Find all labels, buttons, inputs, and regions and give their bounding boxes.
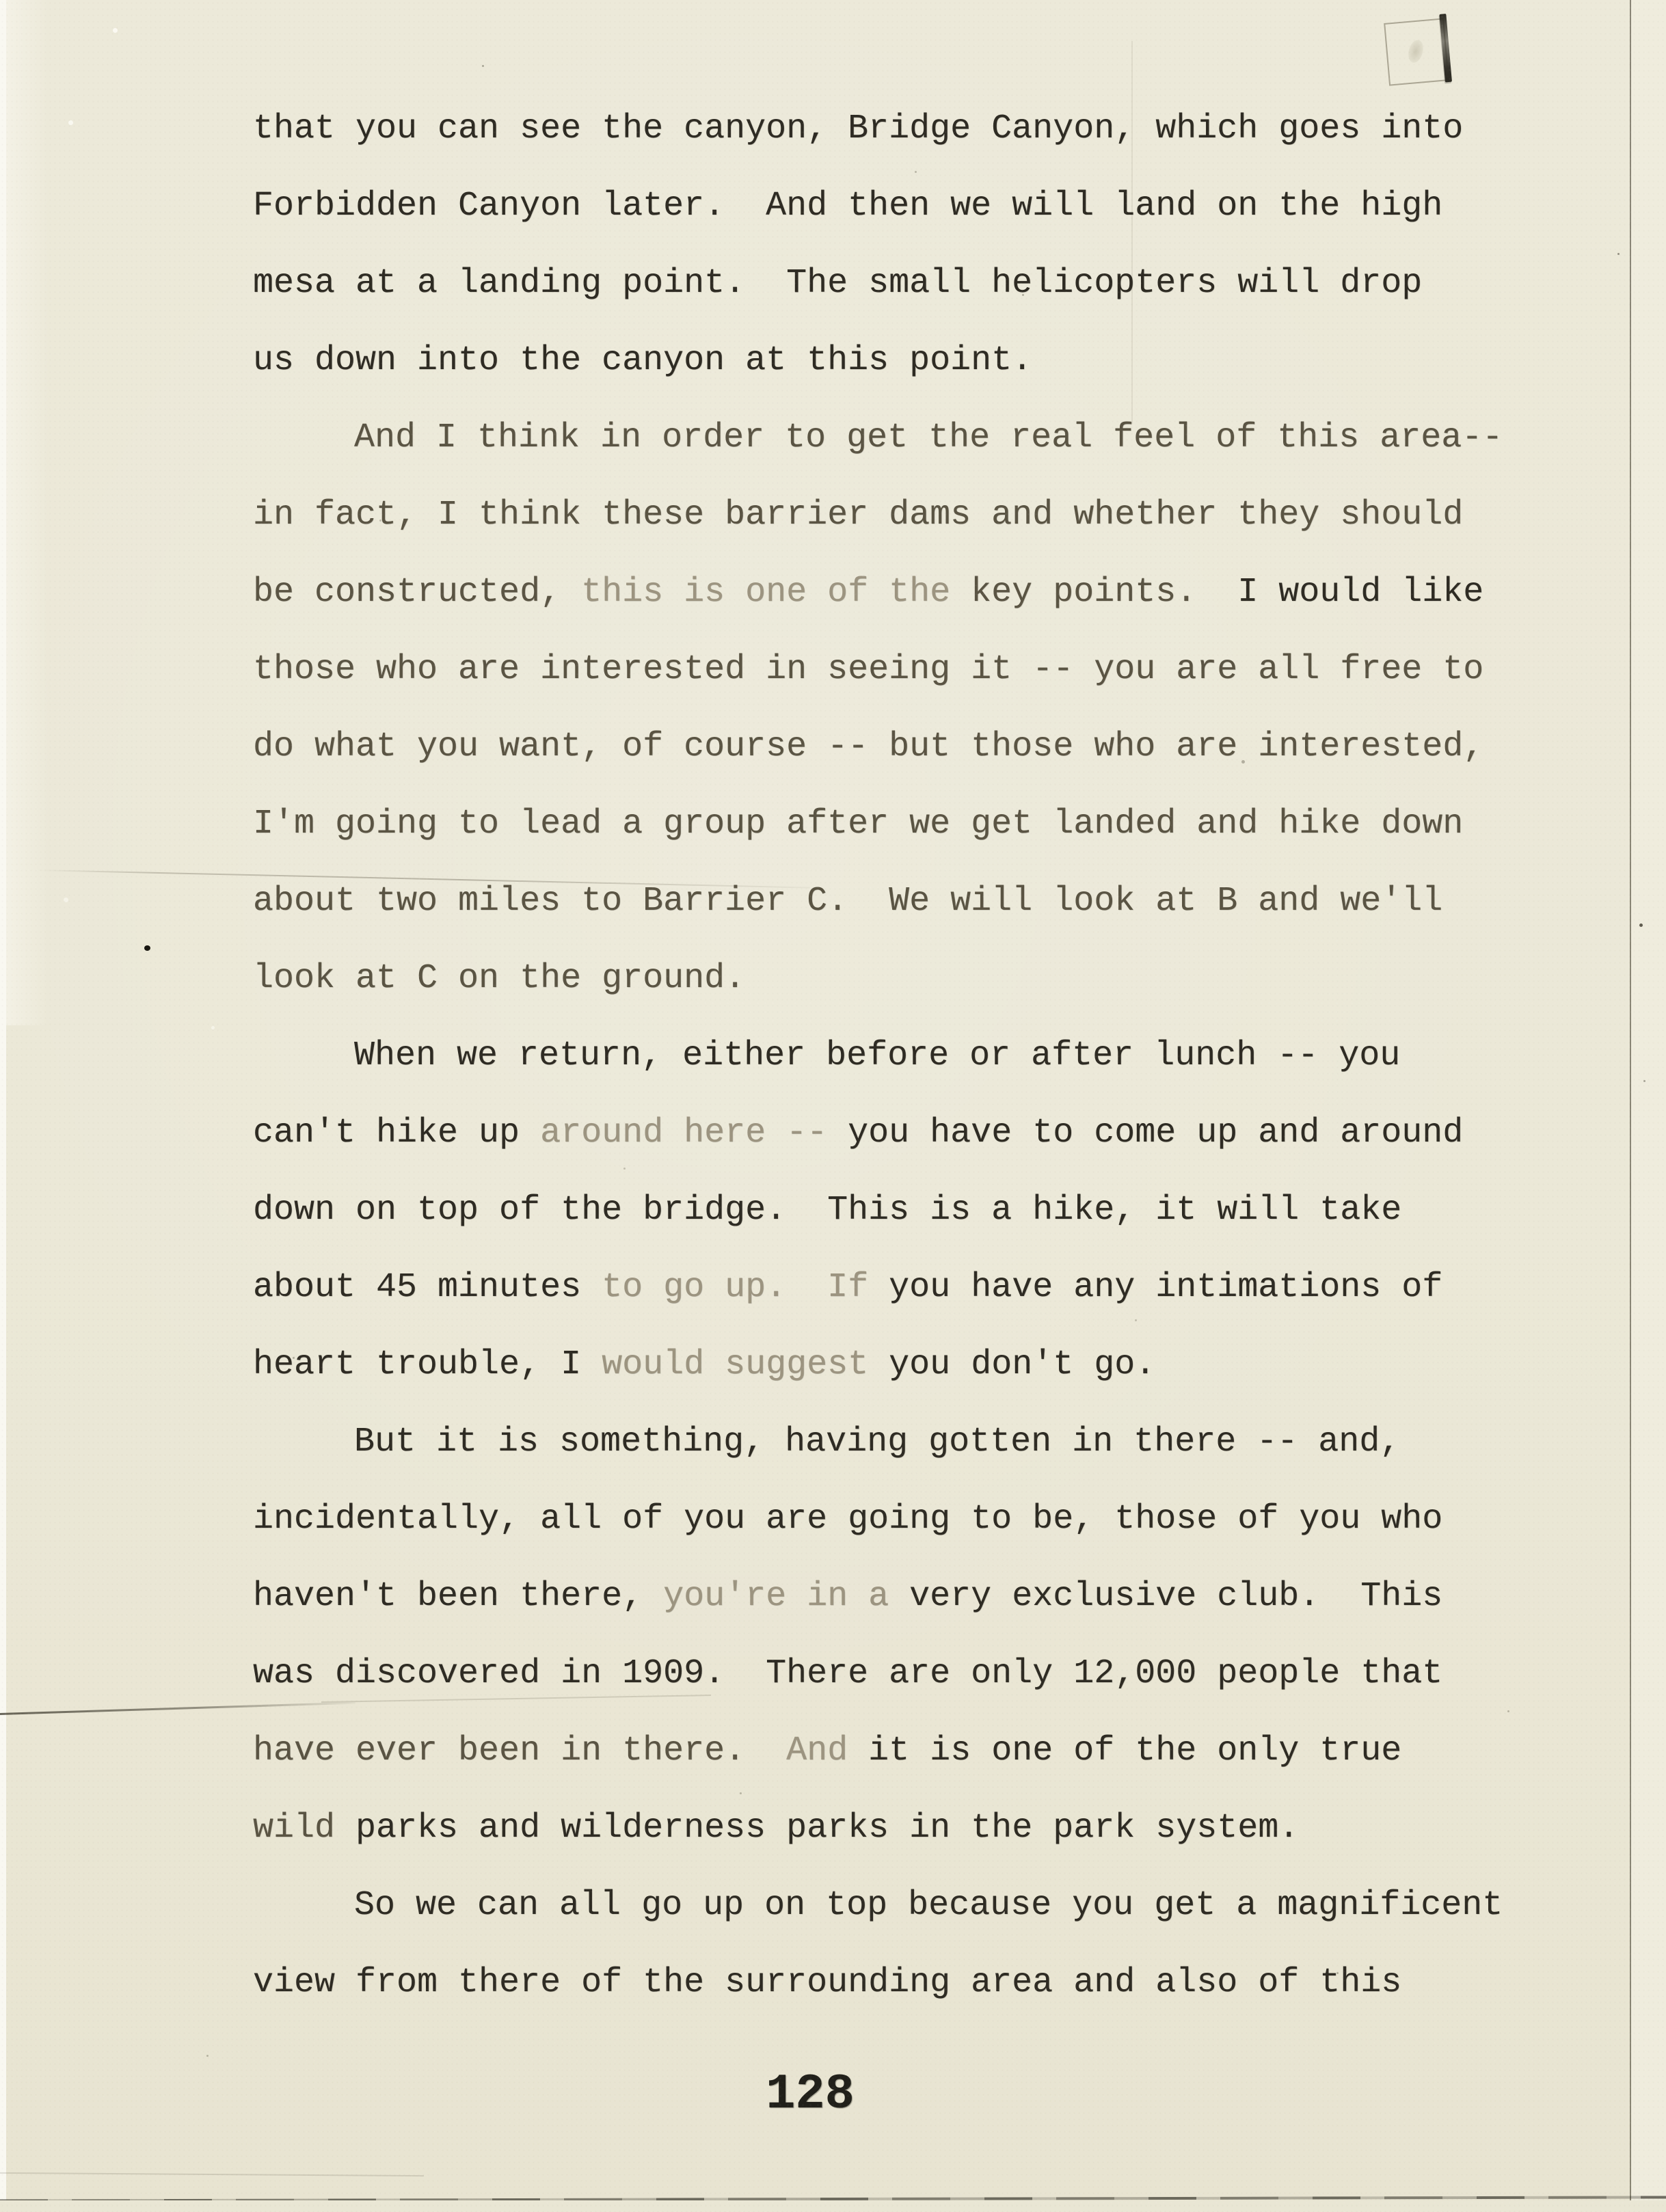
text-segment: around here -- [540,1114,848,1152]
paper-crease [0,2172,424,2176]
text-line: do what you want, of course -- but those… [253,708,1552,785]
paper-flaws [0,0,2,2]
text-segment: But it is something, having gotten in th… [354,1422,1400,1461]
text-segment: key points. [971,573,1237,612]
text-segment: have ever been in there. [253,1731,786,1770]
right-scan-line [1630,0,1631,2212]
text-segment: that you can see the canyon, Bridge Cany… [253,109,1463,148]
text-segment: to go up. If [602,1268,889,1307]
text-segment: down on top of the bridge. This is a hik… [253,1191,1401,1230]
text-segment: When we return, either before or after l… [354,1036,1400,1075]
bottom-edge-strip [0,2200,1666,2212]
text-line: look at C on the ground. [253,940,1552,1017]
text-segment: you're in a [663,1577,909,1616]
text-segment: about two miles to Barrier C. We will lo… [253,882,1442,921]
text-segment: about 45 minutes [253,1268,602,1307]
text-line: those who are interested in seeing it --… [253,631,1552,708]
text-segment: you don't go. [889,1345,1155,1384]
text-line: mesa at a landing point. The small helic… [253,245,1552,322]
text-line: was discovered in 1909. There are only 1… [253,1635,1552,1712]
text-segment: do what you want, of course -- but those… [253,727,1483,766]
text-segment: you have any intimations of [889,1268,1442,1307]
text-segment: parks and wilderness parks in the park s… [355,1809,1299,1848]
text-line: heart trouble, I would suggest you don't… [253,1326,1552,1403]
text-segment: can't hike up [253,1114,540,1152]
left-scan-edge [0,0,6,2212]
page-number: 128 [708,2070,913,2119]
text-segment: be constructed, [253,573,581,612]
corner-square-doodle [1384,18,1449,85]
text-segment: Forbidden Canyon later. And then we will… [253,187,1442,226]
text-segment: And [786,1731,868,1770]
text-line: in fact, I think these barrier dams and … [253,476,1552,554]
text-line: down on top of the bridge. This is a hik… [253,1172,1552,1249]
text-line: about two miles to Barrier C. We will lo… [253,863,1552,940]
text-line: wild parks and wilderness parks in the p… [253,1790,1552,1867]
text-segment: wild [253,1809,355,1848]
text-line: haven't been there, you're in a very exc… [253,1558,1552,1635]
text-line: about 45 minutes to go up. If you have a… [253,1249,1552,1326]
text-line: be constructed, this is one of the key p… [253,554,1552,631]
text-line: When we return, either before or after l… [253,1017,1552,1094]
text-segment: view from there of the surrounding area … [253,1963,1401,2002]
text-line: incidentally, all of you are going to be… [253,1481,1552,1558]
text-line: Forbidden Canyon later. And then we will… [253,167,1552,245]
text-segment: this is one of the [581,573,971,612]
text-segment: was discovered in 1909. There are only 1… [253,1654,1442,1693]
text-segment: haven't been there, [253,1577,663,1616]
text-segment: heart trouble, I [253,1345,602,1384]
left-edge-light-band [6,0,49,1025]
scanned-page: that you can see the canyon, Bridge Cany… [0,0,1666,2212]
right-edge-strip [1631,0,1666,2212]
text-segment: look at C on the ground. [253,959,745,998]
text-line: have ever been in there. And it is one o… [253,1712,1552,1790]
text-segment: it is one of the only true [868,1731,1401,1770]
text-line: I'm going to lead a group after we get l… [253,785,1552,863]
text-line: that you can see the canyon, Bridge Cany… [253,90,1552,167]
text-segment: I'm going to lead a group after we get l… [253,805,1463,844]
text-segment: mesa at a landing point. The small helic… [253,264,1422,303]
text-segment: us down into the canyon at this point. [253,341,1032,380]
text-segment: I would like [1237,573,1483,612]
text-line: can't hike up around here -- you have to… [253,1094,1552,1172]
text-segment: And I think in order to get the real fee… [354,418,1503,457]
text-segment: incidentally, all of you are going to be… [253,1500,1442,1539]
text-segment: would suggest [602,1345,889,1384]
text-line: view from there of the surrounding area … [253,1944,1552,2021]
text-segment: you have to come up and around [848,1114,1463,1152]
text-line: But it is something, having gotten in th… [253,1403,1552,1481]
text-line: So we can all go up on top because you g… [253,1867,1552,1944]
text-segment: So we can all go up on top because you g… [354,1886,1503,1925]
doodle-smudge [1406,38,1426,64]
text-line: And I think in order to get the real fee… [253,399,1552,476]
text-segment: those who are interested in seeing it --… [253,650,1483,689]
text-segment: in fact, I think these barrier dams and … [253,496,1463,535]
typed-text-block: that you can see the canyon, Bridge Cany… [253,90,1552,2021]
text-line: us down into the canyon at this point. [253,322,1552,399]
doodle-heavy-right-edge [1439,14,1452,82]
ink-dot [144,945,150,951]
text-segment: very exclusive club. This [909,1577,1442,1616]
